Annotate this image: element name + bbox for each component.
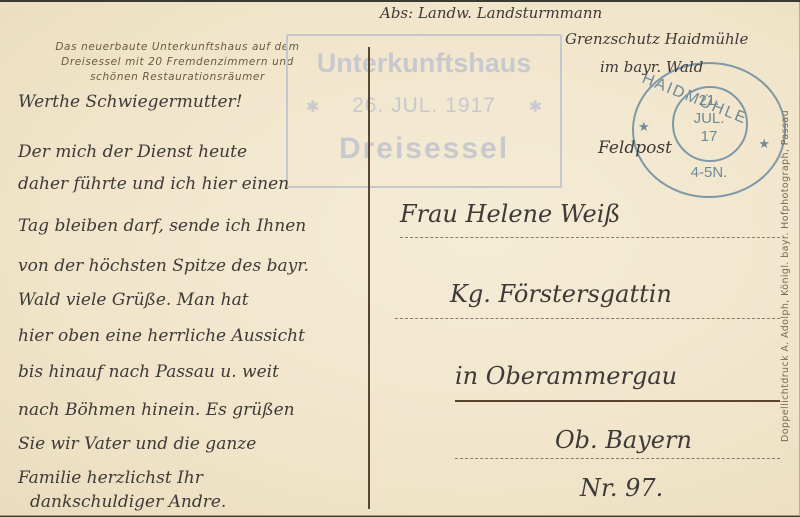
message-line: Familie herzlichst Ihr bbox=[18, 468, 203, 488]
message-line: hier oben eine herrliche Aussicht bbox=[18, 326, 305, 346]
postcard-back: Das neuerbaute Unterkunftshaus auf dem D… bbox=[0, 2, 800, 516]
address-rule bbox=[400, 237, 780, 238]
address-rule bbox=[455, 400, 780, 402]
sender-line: Grenzschutz Haidmühle bbox=[565, 30, 748, 48]
message-line: daher führte und ich hier einen bbox=[18, 174, 289, 194]
postmark-month: JUL. bbox=[634, 110, 784, 127]
sender-line: Abs: Landw. Landsturmmann bbox=[380, 4, 602, 22]
cachet-date: 26. JUL. 1917 bbox=[288, 94, 560, 118]
sender-line: im bayr. Wald bbox=[600, 58, 703, 76]
printer-imprint: Doppellichtdruck A. Adolph, Königl. bayr… bbox=[780, 110, 791, 442]
message-line: Sie wir Vater und die ganze bbox=[18, 434, 256, 454]
postmark: HAIDMÜHLE ★ ★ 21. JUL. 17 4-5N. bbox=[632, 62, 786, 198]
message-address-divider bbox=[368, 47, 370, 509]
message-line: Wald viele Grüße. Man hat bbox=[18, 290, 249, 310]
address-rule bbox=[395, 318, 780, 319]
message-line: nach Böhmen hinein. Es grüßen bbox=[18, 400, 295, 420]
message-line: Tag bleiben darf, sende ich Ihnen bbox=[18, 216, 306, 236]
address-line: in Oberammergau bbox=[455, 362, 677, 390]
message-line: bis hinauf nach Passau u. weit bbox=[18, 362, 279, 382]
postmark-time: 4-5N. bbox=[634, 164, 784, 181]
address-line: Nr. 97. bbox=[580, 474, 663, 502]
message-line: dankschuldiger Andre. bbox=[30, 492, 226, 512]
star-icon: ✱ bbox=[529, 97, 542, 117]
message-line: Der mich der Dienst heute bbox=[18, 142, 247, 162]
message-line: Werthe Schwiegermutter! bbox=[18, 92, 243, 112]
address-line: Ob. Bayern bbox=[555, 426, 692, 454]
hut-cachet-stamp: Unterkunftshaus ✱ 26. JUL. 1917 ✱ Dreise… bbox=[286, 34, 562, 188]
cachet-place: Dreisessel bbox=[288, 132, 560, 166]
address-line: Frau Helene Weiß bbox=[400, 200, 620, 228]
address-rule bbox=[455, 458, 780, 459]
message-line: von der höchsten Spitze des bayr. bbox=[18, 256, 309, 276]
address-line: Kg. Förstersgattin bbox=[450, 280, 672, 308]
cachet-title: Unterkunftshaus bbox=[288, 48, 560, 79]
feldpost-note: Feldpost bbox=[598, 138, 672, 158]
postmark-day: 21. bbox=[634, 92, 784, 109]
